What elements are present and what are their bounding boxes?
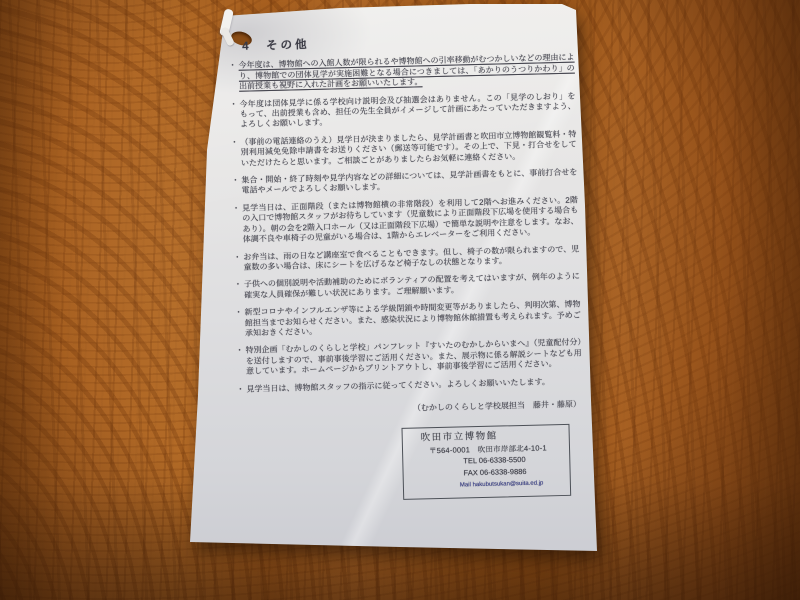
bullet-item: 子供への個別説明や活動補助のためにボランティアの配置を考えてはいますが、例年のよ… (236, 272, 580, 301)
bullet-item: 見学当日は、博物館スタッフの指示に従ってください。よろしくお願いいたします。 (238, 376, 582, 395)
bullet-list: 今年度は、博物館への入館人数が限られるや博物館への引率移動がむつかしいなどの理由… (230, 53, 582, 395)
museum-mail: Mail hakubutsukan@suita.ed.jp (460, 478, 564, 491)
document-content: 4 その他 今年度は、博物館への入館人数が限られるや博物館への引率移動がむつかし… (230, 34, 585, 505)
bullet-item: 集合・開始・終了時刻や見学内容などの詳細については、見学計画書をもとに、事前打合… (233, 168, 577, 197)
signoff-line: （むかしのくらしと学校展担当 藤井・藤原） (239, 400, 581, 419)
bullet-item: お弁当は、雨の日など講座室で食べることもできます。但し、椅子の数が限られますので… (235, 244, 579, 273)
bullet-item: （事前の電話連絡のうえ）見学日が決まりましたら、見学計画書と吹田市立博物館観覧料… (232, 129, 577, 169)
wooden-table-background: 4 その他 今年度は、博物館への入館人数が限られるや博物館への引率移動がむつかし… (0, 0, 800, 600)
bullet-item: 特別企画「むかしのくらしと学校」パンフレット『すいたのむかしからいまへ』（児童配… (237, 338, 582, 378)
bullet-item: 新型コロナやインフルエンザ等による学級閉鎖や時間変更等がありましたら、判明次第、… (237, 300, 582, 340)
museum-name: 吹田市立博物館 (421, 430, 563, 444)
museum-fax: FAX 06-6338-9886 (463, 466, 563, 479)
bullet-item: 今年度は団体見学に係る学校向け説明会及び抽選会はありません。この「見学のしおり」… (231, 91, 576, 131)
bullet-item: 今年度は、博物館への入館人数が限られるや博物館への引率移動がむつかしいなどの理由… (230, 53, 575, 93)
contact-stamp-box: 吹田市立博物館 〒564-0001 吹田市岸部北4-10-1 TEL 06-63… (401, 424, 571, 500)
bullet-item: 見学当日は、正面階段（または博物館横の非常階段）を利用して2階へお進みください。… (234, 195, 579, 245)
